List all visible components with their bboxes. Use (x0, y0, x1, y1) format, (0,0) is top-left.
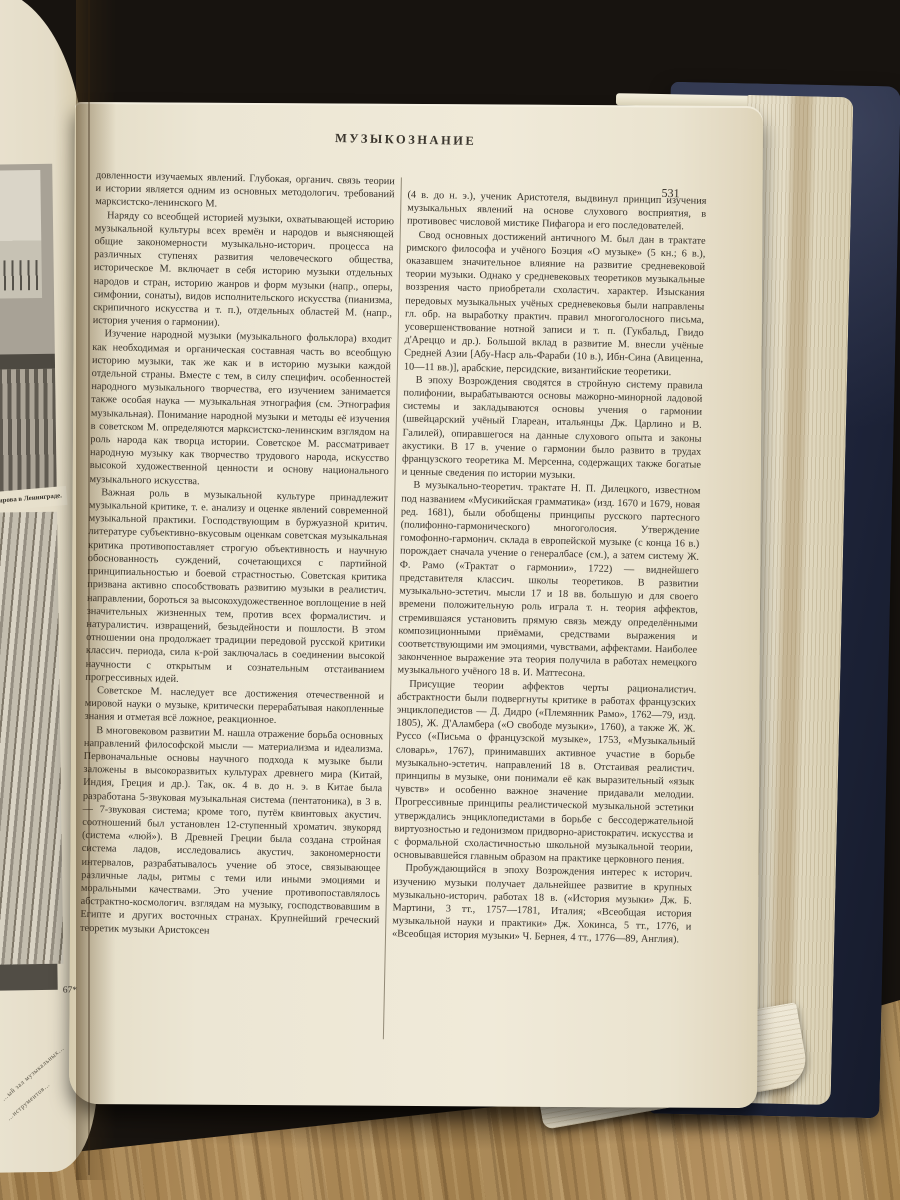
building-windows (0, 260, 42, 291)
paragraph: Присущие теории аффектов черты рационали… (394, 677, 697, 868)
paragraph: Пробуждающийся в эпоху Возрождения интер… (392, 862, 693, 947)
paragraph: Свод основных достижений античного М. бы… (404, 228, 706, 379)
book-photo-scene: { "photo_scene": { "background_color": "… (0, 0, 900, 1200)
paragraph: Изучение народной музыки (музыкального ф… (89, 327, 391, 492)
page-content: МУЗЫКОЗНАНИЕ 531 довленности изучаемых я… (77, 126, 714, 1075)
paragraph: В эпоху Возрождения сводятся в стройную … (402, 373, 703, 485)
paragraph: В музыкально-теоретич. трактате Н. П. Ди… (397, 479, 700, 683)
paragraph: Важная роль в музыкальной культуре прина… (85, 486, 388, 690)
signature-mark: 67* (63, 986, 77, 996)
organ-pipes-photo (0, 512, 63, 965)
page-number: 531 (661, 186, 679, 201)
running-head: МУЗЫКОЗНАНИЕ (97, 126, 715, 154)
paragraph: Советское М. наследует все достижения от… (84, 684, 384, 730)
building-entablature (0, 354, 55, 370)
left-text-column: довленности изучаемых явлений. Глубокая,… (78, 169, 395, 1055)
photo-dark-detail (0, 964, 58, 991)
photo-caption: Кирова в Ленинграде. (0, 486, 68, 511)
building-colonnade (0, 369, 57, 495)
text-columns: довленности изучаемых явлений. Глубокая,… (77, 169, 714, 1075)
paragraph: довленности изучаемых явлений. Глубокая,… (95, 169, 395, 215)
right-text-column: (4 в. до н. э.), ученик Аристотеля, выдв… (389, 176, 707, 1075)
theatre-building-photo (0, 164, 57, 495)
paragraph: В многовековом развитии М. нашла отражен… (80, 723, 383, 940)
encyclopedia-page: МУЗЫКОЗНАНИЕ 531 довленности изучаемых я… (69, 102, 763, 1108)
paragraph: Наряду со всеобщей историей музыки, охва… (93, 209, 394, 334)
